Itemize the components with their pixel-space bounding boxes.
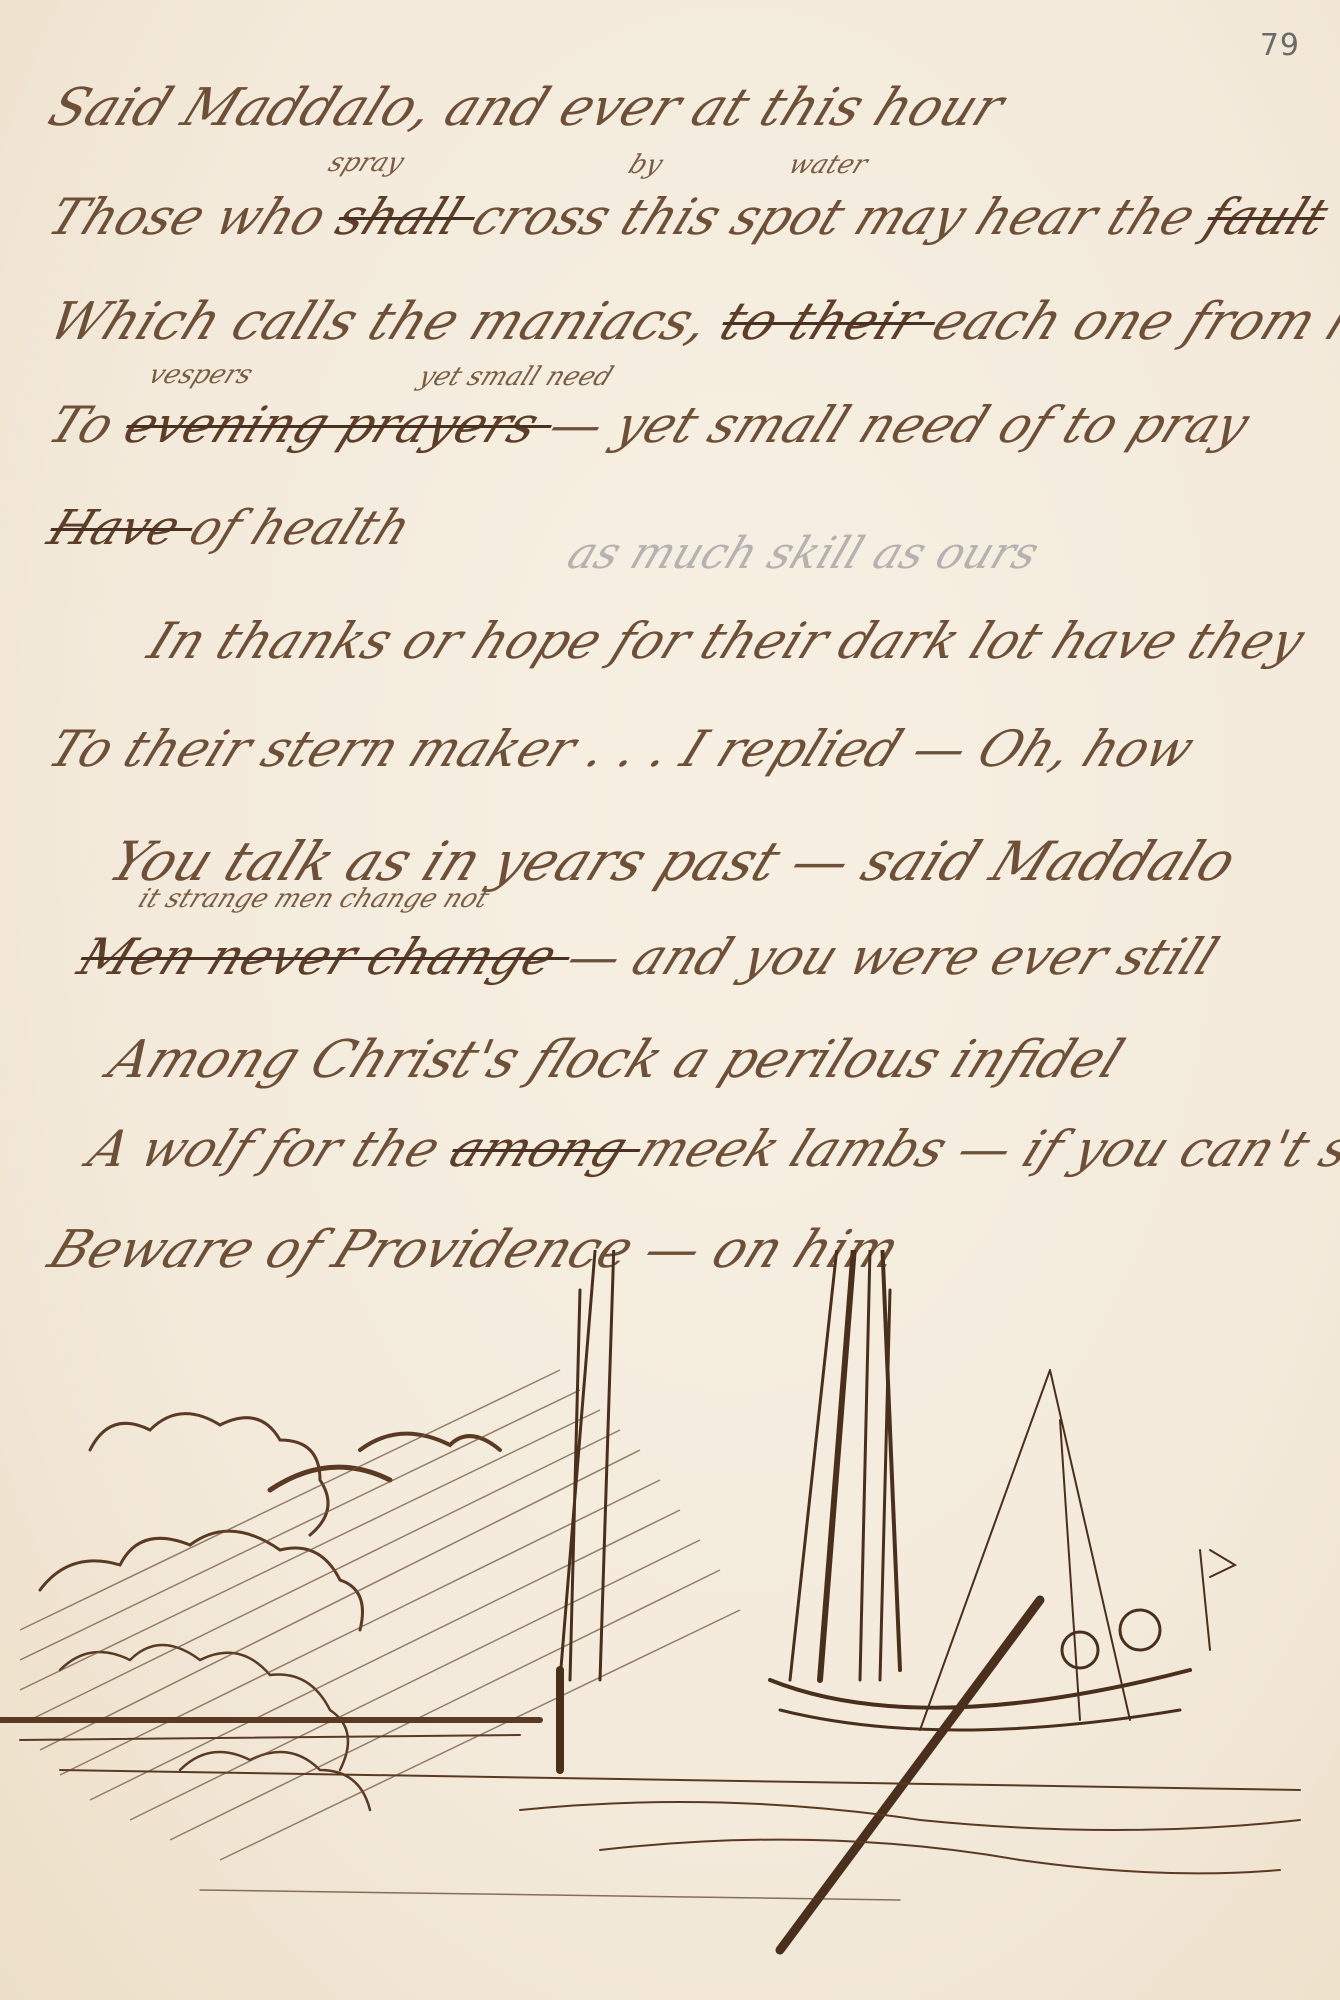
hatching [20,1370,740,1860]
manuscript-line: Have of health [40,500,419,556]
line-text: of health [181,500,419,556]
manuscript-line: A wolf for the among meek lambs — if you… [80,1120,1340,1178]
interlinear-insertion: vespers [144,360,257,390]
struck-word: Have [40,500,204,556]
interlinear-insertion: spray [324,148,409,178]
struck-word: Men never change [70,928,581,986]
line-text: to pray [1054,396,1257,454]
line-text: Among Christ's flock a perilous infidel [100,1030,1132,1090]
manuscript-line: To their stern maker . . . I replied — O… [40,720,1203,778]
page-number: 79 [1260,28,1300,63]
interlinear-insertion: by [624,150,667,180]
pen-sketch-landscape-with-boats [0,1250,1340,2000]
manuscript-line: Said Maddalo, and ever at this hour [40,78,1013,138]
line-text: A wolf for the [80,1120,465,1178]
line-text: meek lambs — if you can't swim [629,1120,1340,1178]
line-text: cross this spot may hear the [463,188,1220,246]
line-text: Said Maddalo, and ever at this hour [40,78,1013,138]
interlinear-insertion: yet small need [414,362,617,392]
interlinear-insertion: water [784,150,872,180]
struck-word: evening prayers [115,396,563,454]
manuscript-line: Which calls the maniacs, to their each o… [40,292,1340,352]
line-text: each one from his cell [923,292,1340,352]
manuscript-page: 79 Said Maddalo, and ever at this hour T… [0,0,1340,2000]
interlinear-insertion: it strange men change not [134,884,494,914]
struck-word: to their [711,292,947,352]
line-text: In thanks or hope for their dark lot hav… [140,612,1313,670]
struck-word: fault [1197,188,1337,246]
line-text: — and you were ever still [558,928,1226,986]
manuscript-line: To evening prayers — yet small need of t… [40,396,1258,454]
manuscript-line: Men never change — and you were ever sti… [70,928,1226,986]
manuscript-line: Those who shall cross this spot may hear… [40,188,1337,246]
manuscript-line: Among Christ's flock a perilous infidel [100,1030,1132,1090]
struck-word: among [441,1120,652,1178]
manuscript-line: In thanks or hope for their dark lot hav… [140,612,1313,670]
line-text: Which calls the maniacs, [40,292,736,352]
line-text: To their stern maker . . . I replied — O… [40,720,1203,778]
water-lines [0,1720,1300,1900]
struck-word: shall [328,188,487,246]
line-text: — yet small need of [540,396,1078,454]
pencil-note: as much skill as ours [561,528,1046,579]
line-text: Those who [40,188,351,246]
